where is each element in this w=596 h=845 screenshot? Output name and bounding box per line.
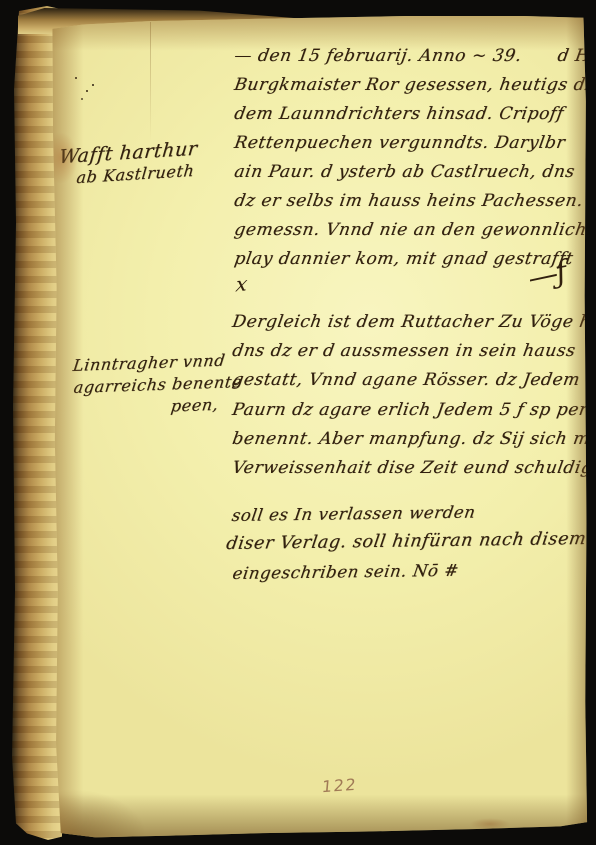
handwritten-line: Verweissenhait dise Zeit eund schuldige (230, 454, 596, 483)
handwritten-line: gemessn. Vnnd nie an den gewonnlichs kom (232, 216, 596, 245)
handwritten-line: Rettenpuechen vergunndts. Darylbr (232, 129, 596, 158)
handwritten-line: Burgkmaister Ror gesessen, heutigs dz (232, 71, 596, 100)
handwritten-line: dem Launndrichters hinsad. Cripoff (232, 100, 596, 129)
handwritten-line: peen, (73, 393, 246, 421)
margin-note-first-entry: Wafft harthurab Kastlrueth (57, 138, 198, 190)
paragraph-first-entry: — den 15 februarij. Anno ~ 39. d HrBurgk… (232, 42, 596, 274)
folio-number: 122 (321, 775, 358, 796)
paper-stain (470, 818, 510, 830)
margin-note-second-entry: Linntragher vnndagarreichs benentepeen, (71, 349, 243, 421)
closing-lines: soll es In verlassen werdendiser Verlag.… (229, 495, 596, 588)
manuscript-page: Wafft harthurab Kastlrueth — den 15 febr… (0, 0, 596, 845)
paragraph-end-mark: x (235, 271, 249, 296)
handwritten-line: Dergleich ist dem Ruttacher Zu Vöge her. (230, 308, 596, 337)
handwritten-line: Paurn dz agare erlich Jedem 5 ƒ sp per (230, 396, 596, 425)
scribe-flourish: —ƒ (525, 255, 569, 297)
handwritten-line: ain Paur. d ysterb ab Castlruech, dns (232, 158, 596, 187)
handwritten-line: — den 15 februarij. Anno ~ 39. d Hr (232, 42, 596, 71)
corner-crease (150, 22, 151, 142)
handwritten-line: benennt. Aber manpfung. dz Sij sich mit … (230, 425, 596, 454)
handwritten-line: eingeschriben sein. Nō # (231, 553, 596, 588)
ink-specks (75, 77, 77, 79)
handwritten-line: gestatt, Vnnd agane Rösser. dz Jedem (230, 366, 596, 395)
handwritten-line: dz er selbs im hauss heins Pachessen. au… (232, 187, 596, 216)
photograph-of-manuscript: Wafft harthurab Kastlrueth — den 15 febr… (0, 0, 596, 845)
handwritten-line: dns dz er d aussmessen in sein hauss (230, 337, 596, 366)
paragraph-second-entry: Dergleich ist dem Ruttacher Zu Vöge her.… (230, 308, 596, 483)
